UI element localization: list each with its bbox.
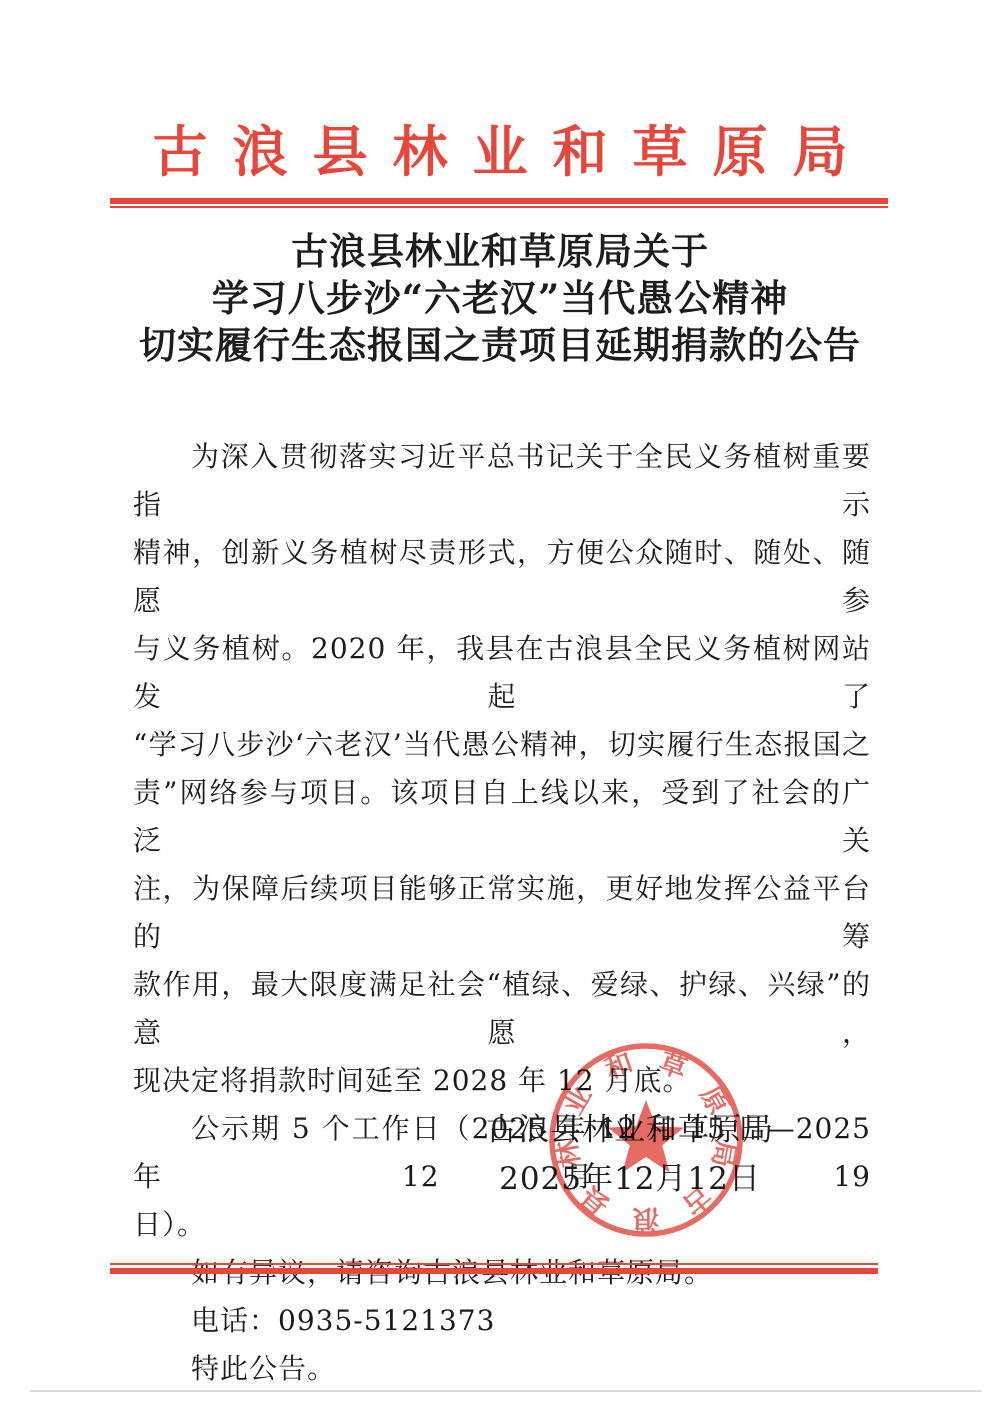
header-divider-thin-line [110,206,888,208]
header-divider [110,198,888,208]
body-line: 责”网络参与项目。该项目自上线以来，受到了社会的广泛关 [133,769,871,865]
footer-divider [110,1263,878,1274]
body-line: “学习八步沙‘六老汉’当代愚公精神，切实履行生态报国之 [133,721,871,769]
title-line-3: 切实履行生态报国之责项目延期捐款的公告 [0,322,1000,369]
seal-arc-char: 林 [551,1137,586,1170]
seal-arc-char: 业 [558,1081,598,1120]
body-line: 日）。 [133,1201,871,1249]
seal-arc-char: 局 [706,1138,741,1170]
footer-divider-thick-line [110,1268,878,1274]
body-line: 注，为保障后续项目能够正常实施，更好地发挥公益平台的筹 [133,865,871,961]
seal-arc-char: 县 [575,1180,616,1221]
document-body: 为深入贯彻落实习近平总书记关于全民义务植树重要指示 精神，创新义务植树尽责形式，… [133,433,871,1393]
body-line: 为深入贯彻落实习近平总书记关于全民义务植树重要指示 [133,433,871,529]
letterhead-title: 古浪县林业和草原局 [0,108,1000,187]
body-line: 电话：0935-5121373 [133,1297,871,1345]
seal-arc-char: 原 [694,1081,734,1120]
body-line: 与义务植树。2020 年，我县在古浪县全民义务植树网站发起了 [133,625,871,721]
announcement-document: 古浪县林业和草原局 古浪县林业和草原局关于 学习八步沙“六老汉”当代愚公精神 切… [0,0,1000,1413]
seal-arc-char: 古 [676,1180,717,1221]
seal-arc-char: 浪 [633,1203,660,1234]
title-line-2: 学习八步沙“六老汉”当代愚公精神 [0,275,1000,322]
body-line: 精神，创新义务植树尽责形式，方便公众随时、随处、随愿参 [133,529,871,625]
official-seal-graphic: 古浪县林业和草原局 [546,1040,746,1240]
seal-star [608,1100,684,1172]
official-seal: 古浪县林业和草原局 [546,1040,746,1240]
body-line: 款作用，最大限度满足社会“植绿、爱绿、护绿、兴绿”的意愿， [133,961,871,1057]
scan-artifact-line [30,1390,982,1392]
body-line: 现决定将捐款时间延至 2028 年 12 月底。 [133,1057,871,1105]
body-line: 特此公告。 [133,1345,871,1393]
title-line-1: 古浪县林业和草原局关于 [0,228,1000,275]
document-title: 古浪县林业和草原局关于 学习八步沙“六老汉”当代愚公精神 切实履行生态报国之责项… [0,228,1000,369]
